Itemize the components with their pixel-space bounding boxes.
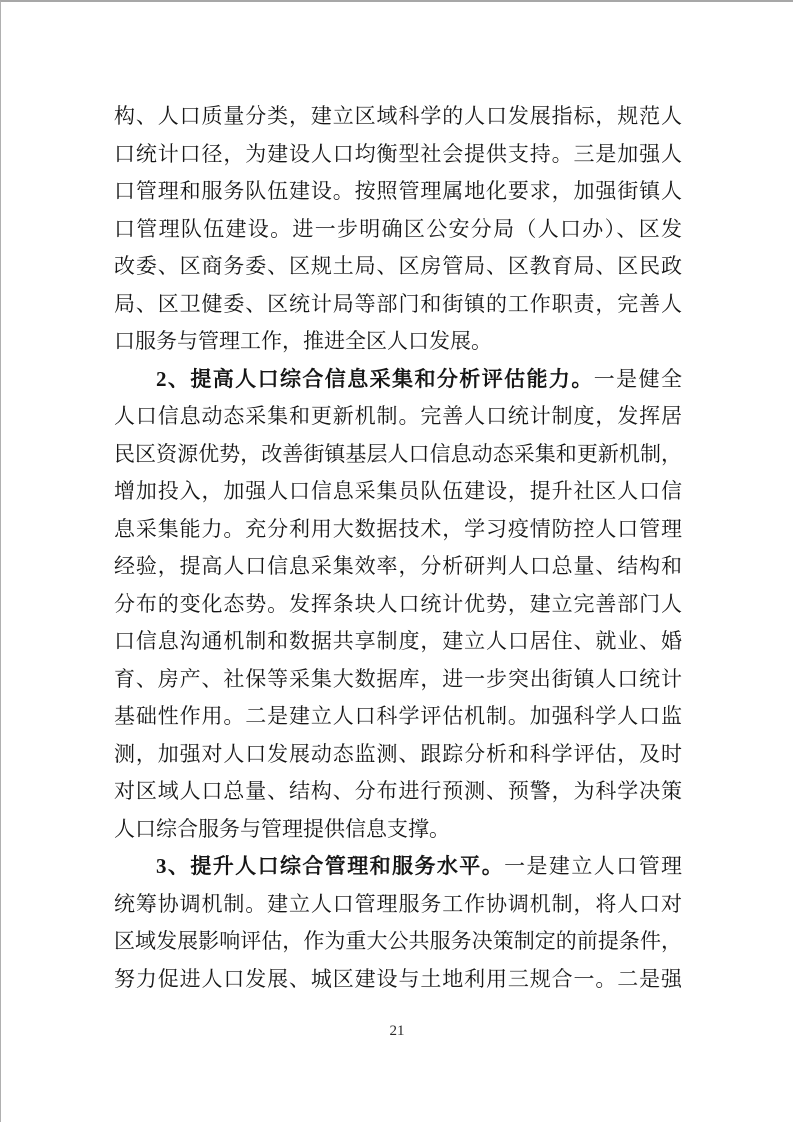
text-line: 测，加强对人口发展动态监测、跟踪分析和科学评估，及时: [114, 736, 682, 774]
body-text-run: 息采集能力。充分利用大数据技术，学习疫情防控人口管理: [114, 517, 682, 541]
text-line: 构、人口质量分类，建立区域科学的人口发展指标，规范人: [114, 98, 682, 136]
text-line: 人口信息动态采集和更新机制。完善人口统计制度，发挥居: [114, 398, 682, 436]
text-line: 口统计口径，为建设人口均衡型社会提供支持。三是加强人: [114, 136, 682, 174]
body-text-run: 人口信息动态采集和更新机制。完善人口统计制度，发挥居: [114, 404, 682, 428]
body-text-run: 口服务与管理工作，推进全区人口发展。: [114, 329, 492, 353]
text-line: 人口综合服务与管理提供信息支撑。: [114, 811, 682, 849]
text-line: 口管理队伍建设。进一步明确区公安分局（人口办）、区发: [114, 211, 682, 249]
body-text-run: 局、区卫健委、区统计局等部门和街镇的工作职责，完善人: [114, 292, 682, 316]
text-line: 统筹协调机制。建立人口管理服务工作协调机制，将人口对: [114, 886, 682, 924]
text-line: 局、区卫健委、区统计局等部门和街镇的工作职责，完善人: [114, 286, 682, 324]
text-line: 3、提升人口综合管理和服务水平。一是建立人口管理: [114, 848, 682, 886]
text-line: 基础性作用。二是建立人口科学评估机制。加强科学人口监: [114, 698, 682, 736]
body-text-run: 改委、区商务委、区规土局、区房管局、区教育局、区民政: [114, 254, 682, 278]
text-line: 育、房产、社保等采集大数据库，进一步突出街镇人口统计: [114, 661, 682, 699]
text-line: 息采集能力。充分利用大数据技术，学习疫情防控人口管理: [114, 511, 682, 549]
body-text-run: 一是建立人口管理: [504, 854, 682, 878]
body-text-run: 构、人口质量分类，建立区域科学的人口发展指标，规范人: [114, 104, 682, 128]
text-line: 区域发展影响评估，作为重大公共服务决策制定的前提条件，: [114, 923, 682, 961]
text-line: 口管理和服务队伍建设。按照管理属地化要求，加强街镇人: [114, 173, 682, 211]
text-line: 民区资源优势，改善街镇基层人口信息动态采集和更新机制，: [114, 436, 682, 474]
body-text-run: 增加投入，加强人口信息采集员队伍建设，提升社区人口信: [114, 479, 682, 503]
body-text-run: 口统计口径，为建设人口均衡型社会提供支持。三是加强人: [114, 142, 682, 166]
body-text-run: 育、房产、社保等采集大数据库，进一步突出街镇人口统计: [114, 667, 682, 691]
document-page: { "page": { "background": "#ffffff", "bo…: [0, 0, 793, 1122]
body-text-run: 口信息沟通机制和数据共享制度，建立人口居住、就业、婚: [114, 629, 682, 653]
body-text-run: 统筹协调机制。建立人口管理服务工作协调机制，将人口对: [114, 892, 682, 916]
body-text-run: 经验，提高人口信息采集效率，分析研判人口总量、结构和: [114, 554, 682, 578]
body-text-run: 区域发展影响评估，作为重大公共服务决策制定的前提条件，: [114, 929, 682, 953]
text-line: 口信息沟通机制和数据共享制度，建立人口居住、就业、婚: [114, 623, 682, 661]
text-line: 2、提高人口综合信息采集和分析评估能力。一是健全: [114, 361, 682, 399]
body-text-run: 口管理和服务队伍建设。按照管理属地化要求，加强街镇人: [114, 179, 682, 203]
body-text-run: 测，加强对人口发展动态监测、跟踪分析和科学评估，及时: [114, 742, 682, 766]
body-text-run: 努力促进人口发展、城区建设与土地利用三规合一。二是强: [114, 967, 682, 991]
text-line: 努力促进人口发展、城区建设与土地利用三规合一。二是强: [114, 961, 682, 999]
body-text-run: 基础性作用。二是建立人口科学评估机制。加强科学人口监: [114, 704, 682, 728]
text-line: 分布的变化态势。发挥条块人口统计优势，建立完善部门人: [114, 586, 682, 624]
heading-text-run: 3、提升人口综合管理和服务水平。: [156, 854, 504, 878]
text-line: 对区域人口总量、结构、分布进行预测、预警，为科学决策: [114, 773, 682, 811]
body-text-run: 人口综合服务与管理提供信息支撑。: [114, 817, 450, 841]
body-text-run: 对区域人口总量、结构、分布进行预测、预警，为科学决策: [114, 779, 682, 803]
body-text-run: 民区资源优势，改善街镇基层人口信息动态采集和更新机制，: [114, 442, 682, 466]
page-number: 21: [1, 1021, 793, 1041]
heading-text-run: 2、提高人口综合信息采集和分析评估能力。: [156, 367, 594, 391]
document-body: 构、人口质量分类，建立区域科学的人口发展指标，规范人口统计口径，为建设人口均衡型…: [114, 98, 682, 998]
body-text-run: 口管理队伍建设。进一步明确区公安分局（人口办）、区发: [114, 217, 682, 241]
text-line: 经验，提高人口信息采集效率，分析研判人口总量、结构和: [114, 548, 682, 586]
body-text-run: 一是健全: [594, 367, 682, 391]
text-line: 口服务与管理工作，推进全区人口发展。: [114, 323, 682, 361]
text-line: 改委、区商务委、区规土局、区房管局、区教育局、区民政: [114, 248, 682, 286]
text-line: 增加投入，加强人口信息采集员队伍建设，提升社区人口信: [114, 473, 682, 511]
body-text-run: 分布的变化态势。发挥条块人口统计优势，建立完善部门人: [114, 592, 682, 616]
